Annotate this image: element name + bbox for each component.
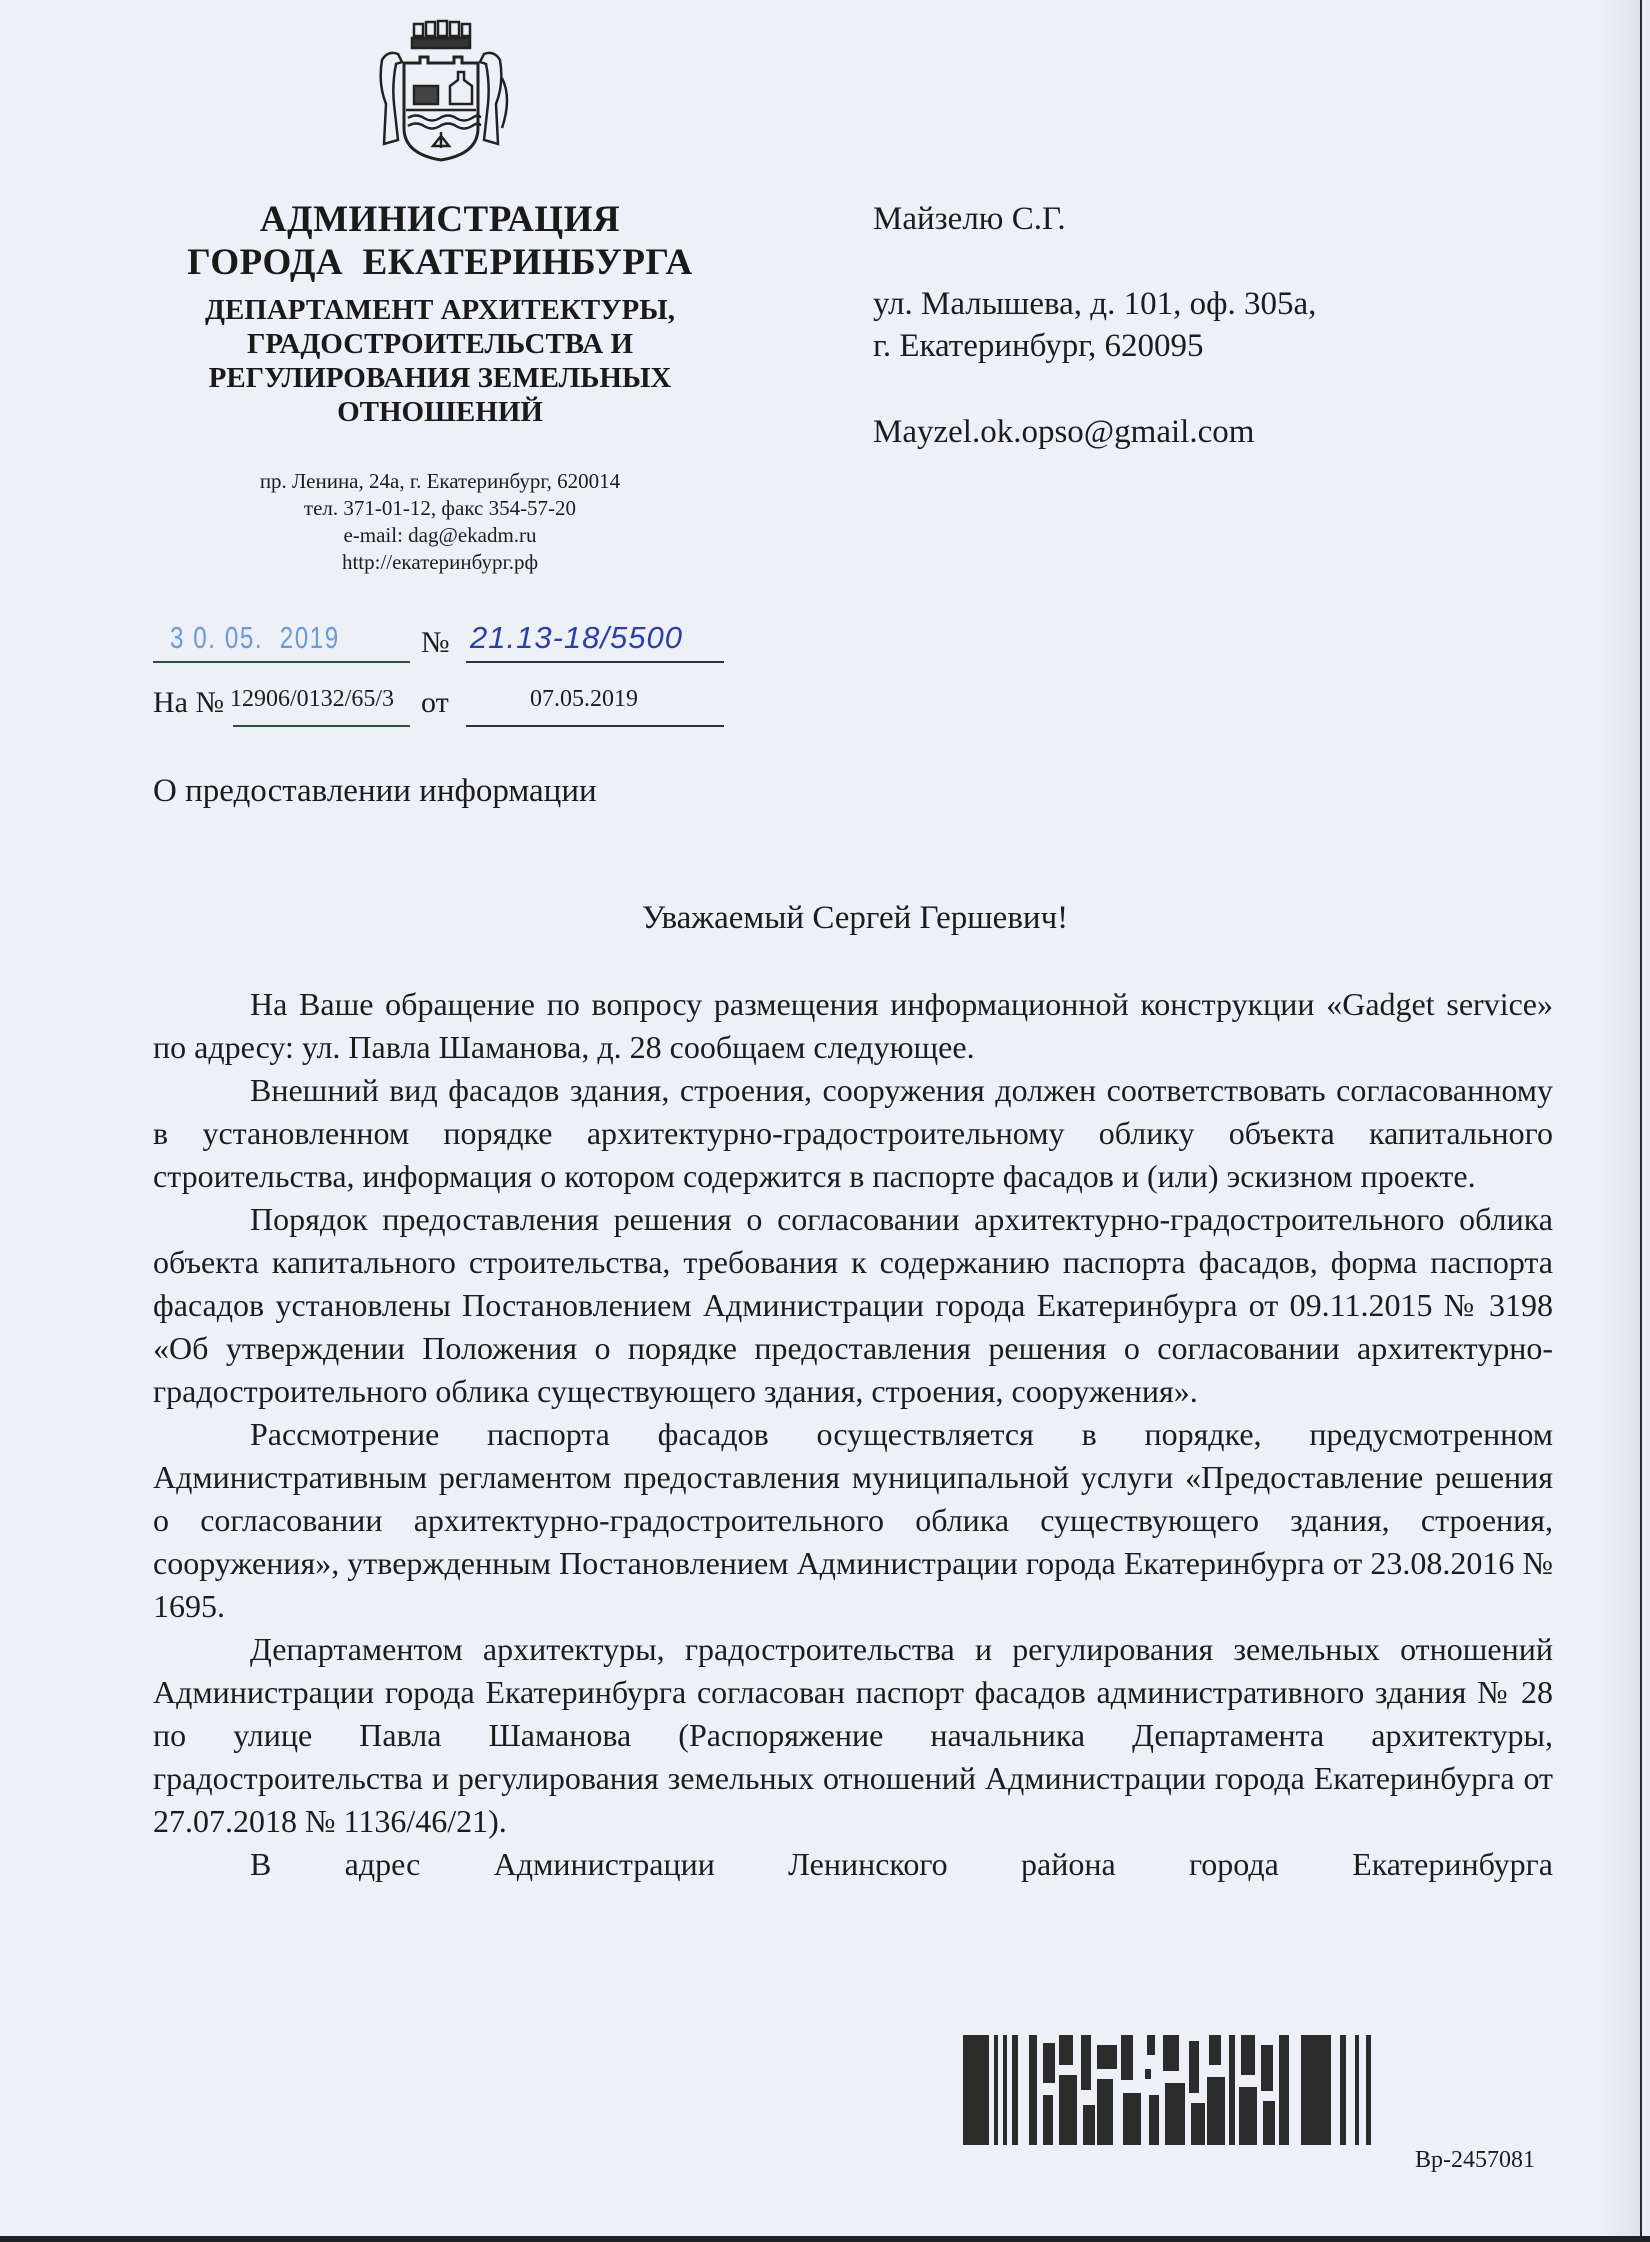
body-paragraph: В адрес Администрации Ленинского района … [153, 1843, 1553, 1886]
body-paragraph: Порядок предоставления решения о согласо… [153, 1198, 1553, 1413]
org-name: АДМИНИСТРАЦИЯ ГОРОДА ЕКАТЕРИНБУРГА [150, 198, 730, 284]
registration-date-stamp: 3 0. 05. 2019 [170, 620, 340, 656]
number-label: № [421, 626, 450, 660]
recipient-address-line-1: ул. Малышева, д. 101, оф. 305а, [873, 283, 1316, 325]
recipient-name: Майзелю С.Г. [873, 198, 1066, 240]
department-contacts: пр. Ленина, 24а, г. Екатеринбург, 620014… [150, 468, 730, 576]
contact-phone: тел. 371-01-12, факс 354-57-20 [150, 495, 730, 522]
contact-email: e-mail: dag@ekadm.ru [150, 522, 730, 549]
letter-body: На Ваше обращение по вопросу размещения … [153, 983, 1553, 1886]
recipient-email: Mayzel.ok.opso@gmail.com [873, 411, 1254, 453]
department-name: ДЕПАРТАМЕНТ АРХИТЕКТУРЫ, ГРАДОСТРОИТЕЛЬС… [150, 293, 730, 429]
body-paragraph: Департаментом архитектуры, градостроител… [153, 1628, 1553, 1843]
department-line: ОТНОШЕНИЙ [150, 395, 730, 429]
body-paragraph: Внешний вид фасадов здания, строения, со… [153, 1069, 1553, 1198]
recipient-address-line-2: г. Екатеринбург, 620095 [873, 325, 1204, 367]
greeting: Уважаемый Сергей Гершевич! [0, 900, 1650, 937]
reply-number-underline [233, 725, 410, 727]
reply-to-date: 07.05.2019 [530, 686, 638, 713]
org-name-line-2: ГОРОДА ЕКАТЕРИНБУРГА [150, 241, 730, 284]
contact-address: пр. Ленина, 24а, г. Екатеринбург, 620014 [150, 468, 730, 495]
registration-number: 21.13-18/5500 [470, 620, 683, 656]
org-name-line-1: АДМИНИСТРАЦИЯ [150, 198, 730, 241]
department-line: ГРАДОСТРОИТЕЛЬСТВА И [150, 327, 730, 361]
reply-to-number: 12906/0132/65/3 [230, 686, 410, 713]
body-paragraph: На Ваше обращение по вопросу размещения … [153, 983, 1553, 1069]
number-underline [466, 661, 724, 663]
from-label: от [421, 686, 449, 720]
department-line: РЕГУЛИРОВАНИЯ ЗЕМЕЛЬНЫХ [150, 361, 730, 395]
body-paragraph: Рассмотрение паспорта фасадов осуществля… [153, 1413, 1553, 1628]
letter-page: АДМИНИСТРАЦИЯ ГОРОДА ЕКАТЕРИНБУРГА ДЕПАР… [0, 0, 1642, 2236]
contact-website: http://екатеринбург.рф [150, 549, 730, 576]
barcode-icon [963, 2035, 1408, 2145]
date-underline [153, 661, 410, 663]
scanner-edge [0, 2236, 1650, 2242]
reply-to-label: На № [153, 686, 224, 720]
department-line: ДЕПАРТАМЕНТ АРХИТЕКТУРЫ, [150, 293, 730, 327]
document-code: Вр-2457081 [1415, 2147, 1535, 2174]
reply-date-underline [466, 725, 724, 727]
scan-shadow [1600, 0, 1640, 2236]
letter-subject: О предоставлении информации [153, 773, 597, 810]
coat-of-arms-icon [362, 18, 520, 168]
